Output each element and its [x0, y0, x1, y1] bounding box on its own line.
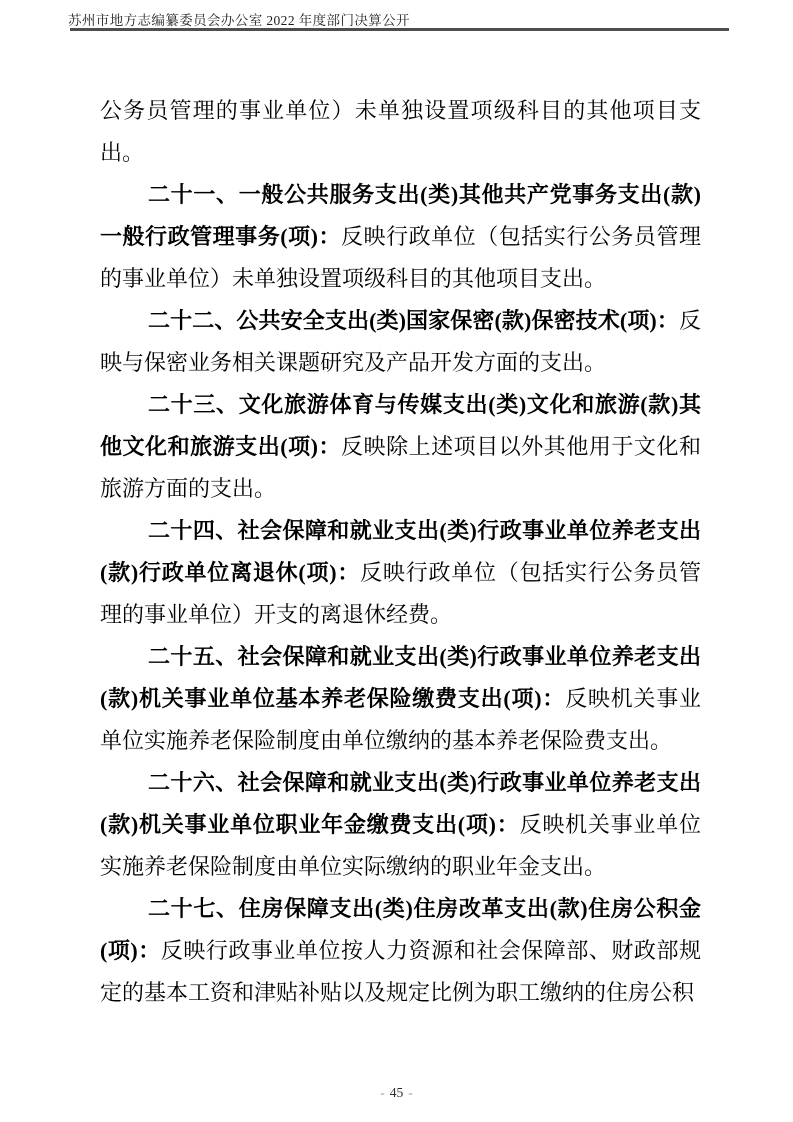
- page-footer: -45-: [0, 1085, 793, 1101]
- paragraph-item-27: 二十七、住房保障支出(类)住房改革支出(款)住房公积金(项)：反映行政事业单位按…: [100, 888, 701, 1014]
- paragraph-text: 公务员管理的事业单位）未单独设置项级科目的其他项目支出。: [100, 98, 701, 165]
- paragraph-lead: 二十二、公共安全支出(类)国家保密(款)保密技术(项)：: [148, 308, 679, 333]
- paragraph-item-21: 二十一、一般公共服务支出(类)其他共产党事务支出(款)一般行政管理事务(项)：反…: [100, 174, 701, 300]
- page-number: 45: [390, 1085, 404, 1100]
- header-title: 苏州市地方志编纂委员会办公室 2022 年度部门决算公开: [68, 13, 410, 28]
- paragraph-item-24: 二十四、社会保障和就业支出(类)行政事业单位养老支出(款)行政单位离退休(项)：…: [100, 510, 701, 636]
- document-page: 苏州市地方志编纂委员会办公室 2022 年度部门决算公开 公务员管理的事业单位）…: [0, 0, 793, 1122]
- paragraph-item-26: 二十六、社会保障和就业支出(类)行政事业单位养老支出(款)机关事业单位职业年金缴…: [100, 762, 701, 888]
- page-number-left-dash: -: [380, 1085, 385, 1100]
- paragraph-item-22: 二十二、公共安全支出(类)国家保密(款)保密技术(项)：反映与保密业务相关课题研…: [100, 300, 701, 384]
- page-number-right-dash: -: [408, 1085, 413, 1100]
- paragraph-continuation: 公务员管理的事业单位）未单独设置项级科目的其他项目支出。: [100, 90, 701, 174]
- paragraph-item-25: 二十五、社会保障和就业支出(类)行政事业单位养老支出(款)机关事业单位基本养老保…: [100, 636, 701, 762]
- paragraph-item-23: 二十三、文化旅游体育与传媒支出(类)文化和旅游(款)其他文化和旅游支出(项)：反…: [100, 384, 701, 510]
- page-header: 苏州市地方志编纂委员会办公室 2022 年度部门决算公开: [68, 13, 728, 28]
- header-divider: [70, 28, 729, 31]
- paragraph-text: 反映行政事业单位按人力资源和社会保障部、财政部规定的基本工资和津贴补贴以及规定比…: [100, 938, 701, 1005]
- document-body: 公务员管理的事业单位）未单独设置项级科目的其他项目支出。 二十一、一般公共服务支…: [100, 90, 701, 1014]
